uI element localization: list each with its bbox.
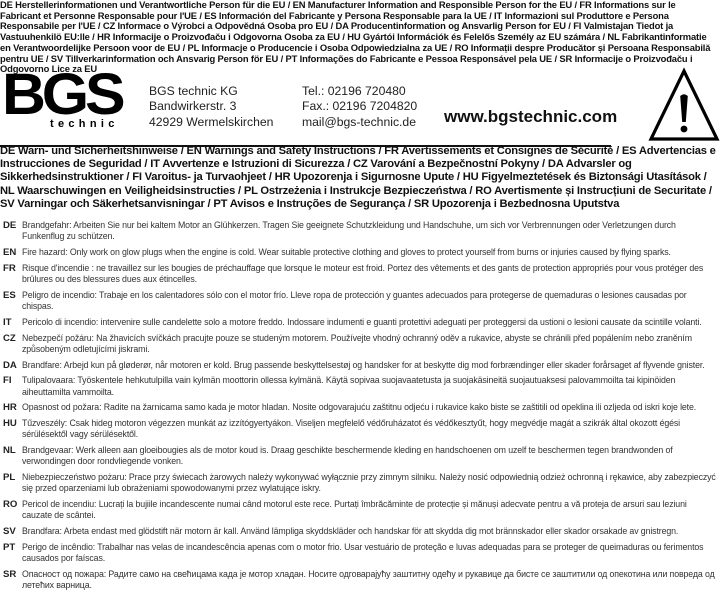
warning-text: Pericol de incendiu: Lucrați la bujiile … (22, 499, 720, 521)
logo-letters: BGS (2, 66, 121, 124)
telephone: Tel.: 02196 720480 (302, 84, 417, 99)
warning-entry-pt: PTPerigo de incêndio: Trabalhar nas vela… (0, 542, 720, 564)
warning-entry-en: ENFire hazard: Only work on glow plugs w… (0, 247, 720, 258)
website-link[interactable]: www.bgstechnic.com (444, 107, 617, 127)
warning-text: Perigo de incêndio: Trabalhar nas velas … (22, 542, 720, 564)
warning-entry-nl: NLBrandgevaar: Werk alleen aan gloeiboug… (0, 445, 720, 467)
language-code: HU (0, 418, 22, 440)
warning-triangle-icon (648, 67, 720, 143)
logo-subtitle: technic (50, 118, 119, 130)
language-code: CZ (0, 333, 22, 355)
warning-text: Nebezpečí požáru: Na žhavicích svíčkách … (22, 333, 720, 355)
warning-text: Brandfara: Arbeta endast med glödstift n… (22, 526, 720, 537)
language-code: HR (0, 402, 22, 413)
warning-entry-de: DEBrandgefahr: Arbeiten Sie nur bei kalt… (0, 220, 720, 242)
street-address: Bandwirkerstr. 3 (149, 99, 273, 114)
warning-entry-fr: FRRisque d'incendie : ne travaillez sur … (0, 263, 720, 285)
warning-text: Brandgefahr: Arbeiten Sie nur bei kaltem… (22, 220, 720, 242)
warning-text: Risque d'incendie : ne travaillez sur le… (22, 263, 720, 285)
warning-entry-pl: PLNiebezpieczeństwo pożaru: Prace przy ś… (0, 472, 720, 494)
warning-text: Opasnost od požara: Radite na žarnicama … (22, 402, 720, 413)
warning-entry-ro: ROPericol de incendiu: Lucrați la bujiil… (0, 499, 720, 521)
warning-text: Tűzveszély: Csak hideg motoron végezzen … (22, 418, 720, 440)
warning-text: Fire hazard: Only work on glow plugs whe… (22, 247, 720, 258)
bgs-logo: BGS technic ® (2, 74, 92, 130)
address-block: BGS technic KG Bandwirkerstr. 3 42929 We… (149, 84, 273, 130)
warning-entry-es: ESPeligro de incendio: Trabaje en los ca… (0, 290, 720, 312)
city-address: 42929 Wermelskirchen (149, 115, 273, 130)
warning-entry-fi: FITulipalovaara: Työskentele hehkutulpil… (0, 375, 720, 397)
warning-entry-hu: HUTűzveszély: Csak hideg motoron végezze… (0, 418, 720, 440)
language-code: PT (0, 542, 22, 564)
language-code: DA (0, 360, 22, 371)
warning-text: Niebezpieczeństwo pożaru: Prace przy świ… (22, 472, 720, 494)
safety-instructions-header: DE Warn- und Sicherheitshinweise / EN Wa… (0, 145, 718, 211)
contact-block: Tel.: 02196 720480 Fax.: 02196 7204820 m… (302, 84, 417, 130)
warning-text: Brandgevaar: Werk alleen aan gloeibougie… (22, 445, 720, 467)
registered-mark: ® (108, 72, 115, 82)
fax: Fax.: 02196 7204820 (302, 99, 417, 114)
language-code: PL (0, 472, 22, 494)
language-code: FI (0, 375, 22, 397)
warning-text: Peligro de incendio: Trabaje en los cale… (22, 290, 720, 312)
warning-entry-cz: CZNebezpečí požáru: Na žhavicích svíčkác… (0, 333, 720, 355)
brand-block: BGS technic ® BGS technic KG Bandwirkers… (0, 70, 720, 145)
language-code: ES (0, 290, 22, 312)
warning-entry-sv: SVBrandfara: Arbeta endast med glödstift… (0, 526, 720, 537)
company-name: BGS technic KG (149, 84, 273, 99)
warning-text: Tulipalovaara: Työskentele hehkutulpilla… (22, 375, 720, 397)
email-link[interactable]: mail@bgs-technic.de (302, 115, 417, 130)
warning-entry-it: ITPericolo di incendio: intervenire sull… (0, 317, 720, 328)
warning-text: Pericolo di incendio: intervenire sulle … (22, 317, 720, 328)
warning-entry-da: DABrandfare: Arbejd kun på gløderør, når… (0, 360, 720, 371)
warning-entry-sr: SRОпасност од пожара: Радите само на све… (0, 569, 720, 591)
language-code: IT (0, 317, 22, 328)
warning-text: Brandfare: Arbejd kun på gløderør, når m… (22, 360, 720, 371)
warning-text: Опасност од пожара: Радите само на свећи… (22, 569, 720, 591)
warning-entry-hr: HROpasnost od požara: Radite na žarnicam… (0, 402, 720, 413)
warnings-list: DEBrandgefahr: Arbeiten Sie nur bei kalt… (0, 220, 720, 596)
language-code: SV (0, 526, 22, 537)
language-code: EN (0, 247, 22, 258)
language-code: FR (0, 263, 22, 285)
language-code: DE (0, 220, 22, 242)
language-code: NL (0, 445, 22, 467)
language-code: SR (0, 569, 22, 591)
language-code: RO (0, 499, 22, 521)
